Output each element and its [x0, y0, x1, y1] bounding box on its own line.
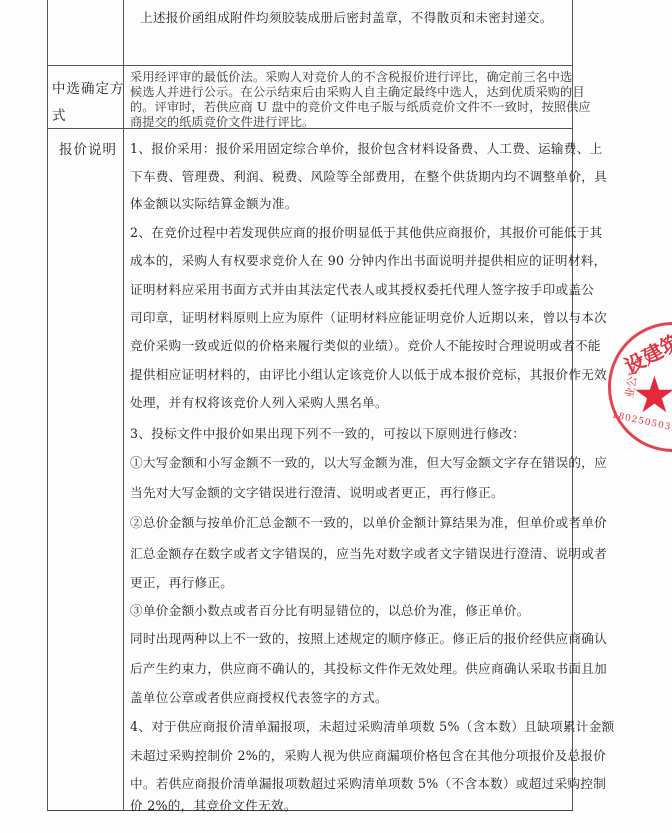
sealing-requirement-text: 上述报价函组成附件均须胶装成册后密封盖章，不得散页和未密封递交。	[140, 7, 553, 26]
table-column-divider	[123, 0, 124, 811]
quotation-note-line: 中。若供应商报价清单漏报项数超过采购清单项数 5%（不含本数）或超过采购控制	[130, 773, 606, 792]
quotation-note-line: 当先对大写金额的文字错误进行澄清、说明或者更正，再行修正。	[130, 482, 504, 501]
quotation-note-line: ③单价金额小数点或者百分比有明显错位的，以总价为准，修正单价。	[130, 600, 530, 619]
quotation-note-line: 未超过采购控制价 2%的，采购人视为供应商漏项价格包含在其他分项报价及总报价	[130, 745, 606, 764]
quotation-note-line: 下车费、管理费、利润、税费、风险等全部费用，在整个供货期内均不调整单价，具	[130, 166, 607, 185]
quotation-note-line: ①大写金额和小写金额不一致的，以大写金额为准，但大写金额文字存在错误的，应	[130, 452, 607, 471]
quotation-note-line: 3、投标文件中报价如果出现下列不一致的，可按以下原则进行修改：	[130, 423, 525, 442]
table-row-divider	[47, 65, 573, 66]
quotation-note-line: 更正，再行修正。	[130, 572, 233, 591]
quotation-note-line: 汇总金额存在数字或者文字错误的，应当先对数字或者文字错误进行澄清、说明或者	[130, 543, 607, 562]
quotation-note-line: 处理，并有权将该竞价人列入采购人黑名单。	[130, 392, 388, 411]
quotation-note-line: 4、对于供应商报价清单漏报项，未超过采购清单项数 5%（含本数）且缺项累计金额	[130, 716, 614, 735]
row-label-selection-method: 中选确定方	[52, 77, 125, 97]
quotation-note-line: 1、报价采用：报价采用固定综合单价，报价包含材料设备费、人工费、运输费、上	[130, 138, 603, 157]
quotation-note-line: 盖单位公章或者供应商授权代表签字的方式。	[130, 687, 388, 706]
quotation-note-line: 后产生约束力，供应商不确认的，其投标文件作无效处理。供应商确认采取书面且加	[130, 658, 607, 677]
quotation-note-line: 体金额以实际结算金额为准。	[130, 193, 298, 212]
quotation-note-line: 证明材料应采用书面方式并由其法定代表人或其授权委托代理人签字按手印或盖公	[130, 279, 594, 298]
row-label-quotation-notes: 报价说明	[59, 138, 117, 158]
selection-method-line: 商提交的纸质竞价文件进行评比。	[130, 113, 314, 130]
quotation-note-line: 价 2%的，其竞价文件无效。	[130, 795, 297, 814]
quotation-note-line: 成本的，采购人有权要求竞价人在 90 分钟内作出书面说明并提供相应的证明材料，	[130, 250, 607, 269]
quotation-note-line: 同时出现两种以上不一致的，按照上述规定的顺序修正。修正后的报价经供应商确认	[130, 628, 607, 647]
quotation-note-line: ②总价金额与按单价汇总金额不一致的，以单价金额计算结果为准，但单价或者单价	[130, 512, 607, 531]
document-page: 上述报价函组成附件均须胶装成册后密封盖章，不得散页和未密封递交。 中选确定方 式…	[0, 0, 672, 833]
quotation-note-line: 竞价采购一致或近似的价格来履行类似的业绩）。竞价人不能按时合理说明或者不能	[130, 335, 601, 354]
quotation-note-line: 司印章，证明材料原则上应为原件（证明材料应能证明竞价人近期以来，曾以与本次	[130, 307, 607, 326]
row-label-selection-method-cont: 式	[52, 104, 67, 124]
quotation-note-line: 2、在竞价过程中若发现供应商的报价明显低于其他供应商报价，其报价可能低于其	[130, 222, 603, 241]
quotation-note-line: 提供相应证明材料的，由评比小组认定该竞价人以低于成本报价竞标，其报价作无效	[130, 364, 607, 383]
